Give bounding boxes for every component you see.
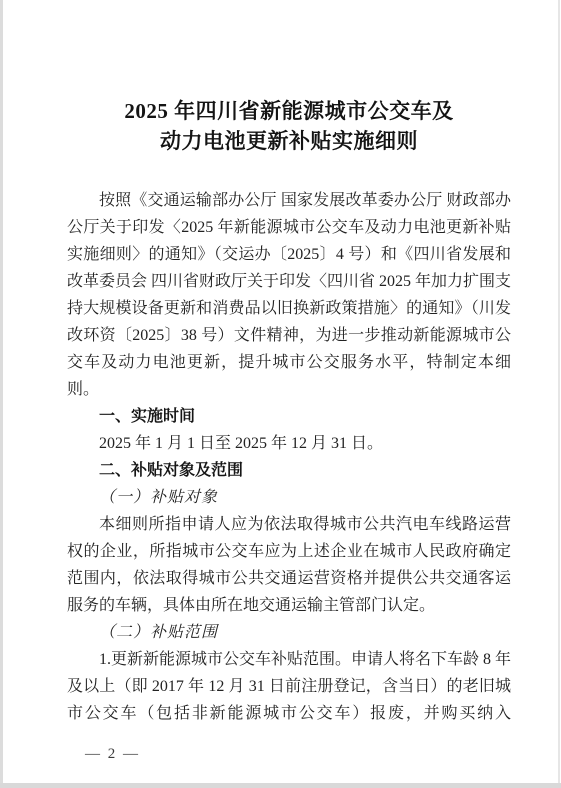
paragraph-intro: 按照《交通运输部办公厅 国家发展改革委办公厅 财政部办公厅关于印发〈2025 年…	[67, 187, 511, 403]
section-1-heading: 一、实施时间	[67, 403, 511, 430]
subsection-2-heading: （二）补贴范围	[67, 619, 511, 646]
title-line-2: 动力电池更新补贴实施细则	[160, 129, 418, 153]
document-title: 2025 年四川省新能源城市公交车及 动力电池更新补贴实施细则	[67, 96, 511, 156]
section-2-heading: 二、补贴对象及范围	[67, 457, 511, 484]
section-1-body: 2025 年 1 月 1 日至 2025 年 12 月 31 日。	[67, 430, 511, 457]
title-line-1: 2025 年四川省新能源城市公交车及	[124, 99, 453, 123]
page-number: — 2 —	[85, 744, 511, 764]
subsection-2-item-1: 1.更新新能源城市公交车补贴范围。申请人将名下车龄 8 年及以上（即 2017 …	[67, 646, 511, 727]
subsection-1-heading: （一）补贴对象	[67, 484, 511, 511]
scanned-document-page: 2025 年四川省新能源城市公交车及 动力电池更新补贴实施细则 按照《交通运输部…	[0, 0, 561, 788]
subsection-1-body: 本细则所指申请人应为依法取得城市公共汽电车线路运营权的企业，所指城市公交车应为上…	[67, 511, 511, 619]
scan-edge-bottom	[0, 783, 561, 788]
document-body: 2025 年四川省新能源城市公交车及 动力电池更新补贴实施细则 按照《交通运输部…	[0, 0, 561, 764]
